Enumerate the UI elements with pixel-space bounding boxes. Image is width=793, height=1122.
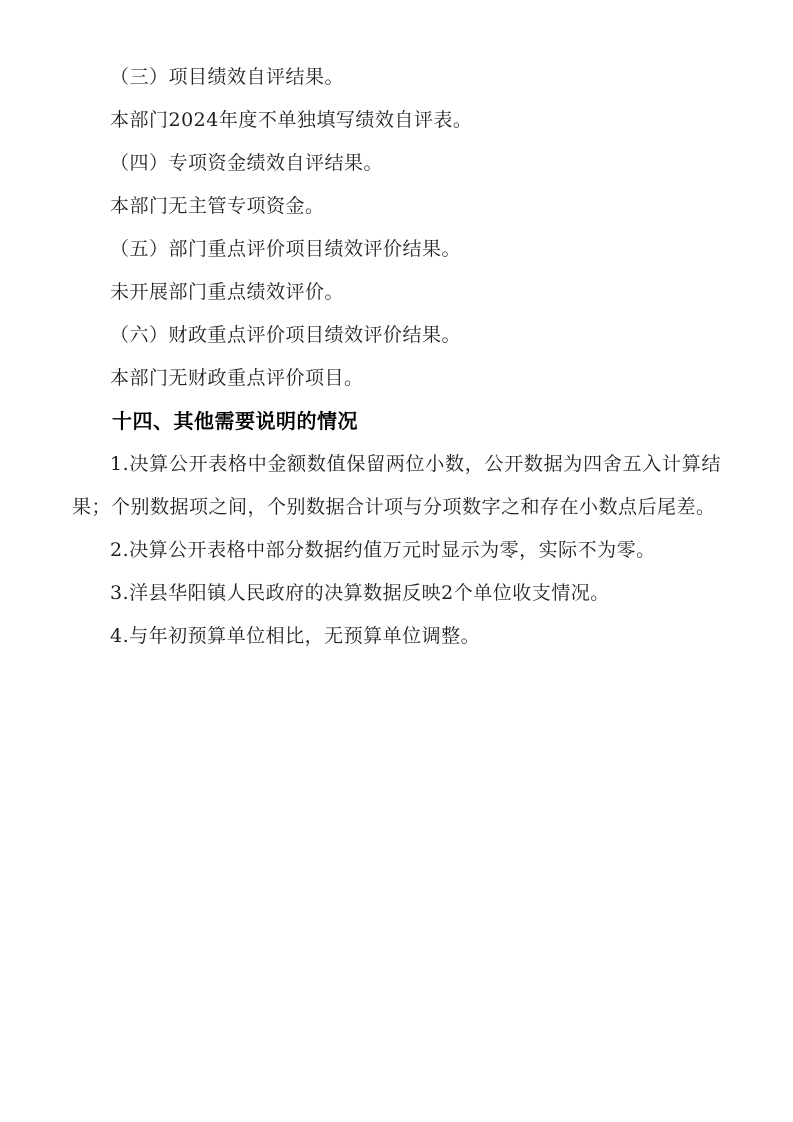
paragraph-note-4-budget-units: 4.与年初预算单位相比，无预算单位调整。 bbox=[72, 615, 721, 658]
paragraph-note-2-zero-display: 2.决算公开表格中部分数据约值万元时显示为零，实际不为零。 bbox=[72, 529, 721, 572]
paragraph-self-eval-note: 本部门2024年度不单独填写绩效自评表。 bbox=[72, 99, 721, 142]
paragraph-subsection-4-title: （四）专项资金绩效自评结果。 bbox=[72, 142, 721, 185]
paragraph-note-3-unit-count: 3.洋县华阳镇人民政府的决算数据反映2个单位收支情况。 bbox=[72, 572, 721, 615]
paragraph-subsection-3-title: （三）项目绩效自评结果。 bbox=[72, 56, 721, 99]
paragraph-note-1-rounding: 1.决算公开表格中金额数值保留两位小数，公开数据为四舍五入计算结果；个别数据项之… bbox=[72, 443, 721, 529]
paragraph-subsection-5-title: （五）部门重点评价项目绩效评价结果。 bbox=[72, 228, 721, 271]
paragraph-dept-eval-note: 未开展部门重点绩效评价。 bbox=[72, 271, 721, 314]
paragraph-special-funds-note: 本部门无主管专项资金。 bbox=[72, 185, 721, 228]
document-page: （三）项目绩效自评结果。 本部门2024年度不单独填写绩效自评表。 （四）专项资… bbox=[0, 0, 793, 1122]
paragraph-subsection-6-title: （六）财政重点评价项目绩效评价结果。 bbox=[72, 314, 721, 357]
paragraph-finance-eval-note: 本部门无财政重点评价项目。 bbox=[72, 357, 721, 400]
section-heading-other-notes: 十四、其他需要说明的情况 bbox=[72, 400, 721, 443]
